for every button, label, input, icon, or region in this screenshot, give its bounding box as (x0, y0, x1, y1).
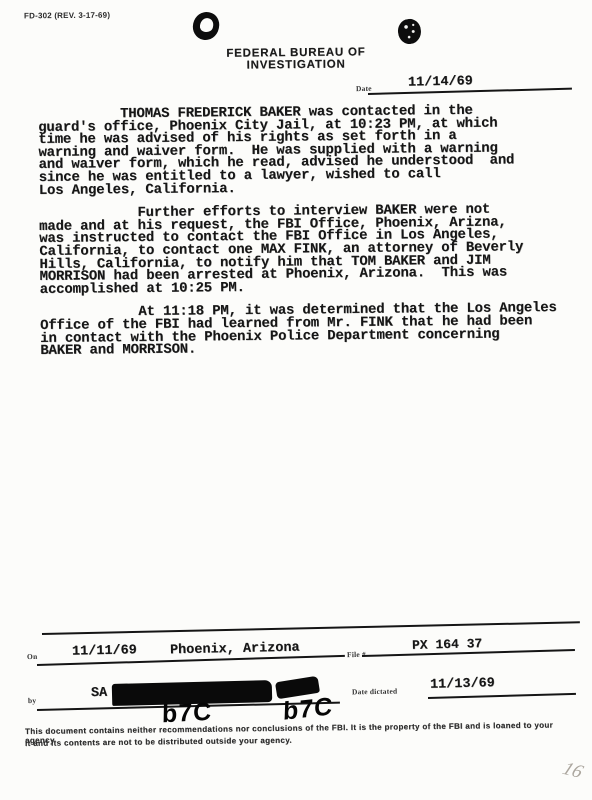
fbi-fd302-document-page: FD-302 (REV. 3-17-69) FEDERAL BUREAU OF … (0, 0, 592, 800)
footer-separator-line (42, 621, 580, 635)
by-label: by (28, 696, 36, 705)
foia-exemption-mark: b7C (283, 692, 334, 727)
report-paragraph: THOMAS FREDERICK BAKER was contacted in … (38, 104, 591, 197)
interview-location-value: Phoenix, Arizona (170, 641, 300, 659)
hole-punch-icon (190, 10, 221, 43)
report-paragraph: At 11:18 PM, it was determined that the … (40, 302, 592, 358)
file-number-value: PX 164 37 (412, 636, 483, 653)
interview-date-value: 11/11/69 (72, 643, 137, 659)
date-dictated-value: 11/13/69 (430, 676, 495, 693)
report-body: THOMAS FREDERICK BAKER was contacted in … (38, 104, 592, 369)
date-value: 11/14/69 (408, 74, 473, 90)
date-dictated-underline (428, 693, 576, 699)
handwritten-page-number: 16 (559, 758, 587, 783)
agent-prefix-value: SA (91, 686, 107, 701)
on-label: On (27, 652, 38, 661)
form-number-label: FD-302 (REV. 3-17-69) (24, 11, 110, 21)
date-dictated-label: Date dictated (352, 687, 397, 697)
page-title: FEDERAL BUREAU OF INVESTIGATION (180, 46, 412, 72)
date-label: Date (356, 84, 372, 93)
report-paragraph: Further efforts to interview BAKER were … (39, 203, 592, 296)
hole-punch-icon (396, 18, 422, 46)
